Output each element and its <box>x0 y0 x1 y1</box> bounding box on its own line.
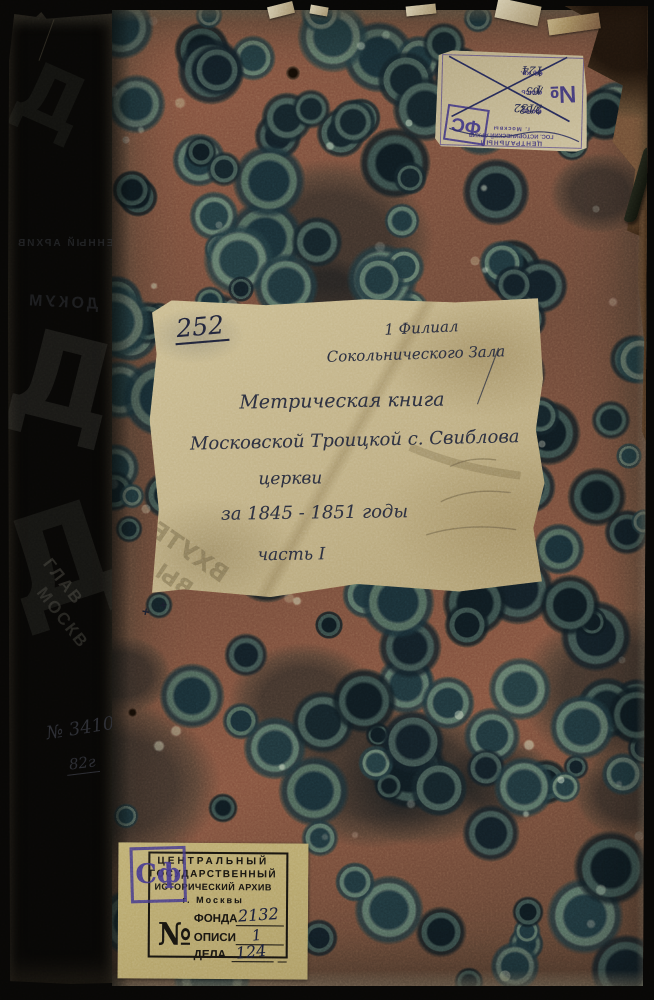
spine-inventory-number: № 3410 <box>45 713 116 744</box>
delo-underline-short <box>278 961 287 962</box>
sf-stamp: Сф <box>129 846 187 904</box>
archive-catalog-label: ЦЕНТРАЛЬНЫЙ ГОСУДАРСТВЕННЫЙ ИСТОРИЧЕСКИЙ… <box>118 842 309 979</box>
title-line: Метрическая книга <box>239 389 444 414</box>
ink-cross-mark: + <box>141 603 152 619</box>
ink-spot <box>128 708 137 717</box>
fond-row-label: ФОНДА <box>194 913 238 925</box>
opis-row-label: ОПИСИ <box>194 932 236 944</box>
number-sign: № <box>549 79 577 108</box>
fond-new-value: 2/32 <box>519 103 542 115</box>
spine-year-note: 82г <box>65 752 100 776</box>
fond-value: 2132 <box>237 904 279 926</box>
upside-down-archive-label: ЦЕНТРАЛЬНЫЙ ГОС. ИСТОРИЧЕСКИЙ АРХИВ г. М… <box>435 50 590 152</box>
title-line: Московской Троицкой с. Свиблова <box>190 426 520 454</box>
ghost-letter-d: Д <box>0 42 103 156</box>
photo-archival-book-cover: ЕННЫЙ АРХИВ ДОКУМ Д Д Д ГЛАВ МОСКВ № 341… <box>0 0 654 1000</box>
opis-new-value: /65 <box>526 84 542 95</box>
delo-row-label: ДЕЛА <box>194 949 226 961</box>
marbled-cover: + + ЦЕНТРАЛЬНЫЙ ГОС. ИСТОРИЧЕСКИЙ АРХИВ … <box>112 10 648 986</box>
label-number: 252 <box>173 310 229 345</box>
ink-spot <box>286 66 300 80</box>
branch-line: Сокольнического Зала <box>326 342 505 366</box>
delo-value: 124 <box>235 941 267 963</box>
fs-stamp: ФС <box>443 104 490 146</box>
title-line: часть I <box>257 544 325 565</box>
title-line: церкви <box>258 468 322 489</box>
ed-hr-new-value: 1 <box>537 67 543 77</box>
number-sign: № <box>158 917 192 953</box>
right-edge-wear <box>633 210 649 450</box>
book-spine-strip: ЕННЫЙ АРХИВ ДОКУМ Д Д Д ГЛАВ МОСКВ № 341… <box>8 12 112 984</box>
handwritten-title-label: 252 1 Филиал Сокольнического Зала Метрич… <box>148 295 546 598</box>
ghost-bleedthrough-text: ЕННЫЙ АРХИВ <box>16 238 113 249</box>
book-cover: ЕННЫЙ АРХИВ ДОКУМ Д Д Д ГЛАВ МОСКВ № 341… <box>8 10 648 986</box>
title-line: за 1845 - 1851 годы <box>221 501 408 525</box>
ink-cross-mark: + <box>159 598 168 613</box>
branch-line: 1 Филиал <box>384 317 459 339</box>
